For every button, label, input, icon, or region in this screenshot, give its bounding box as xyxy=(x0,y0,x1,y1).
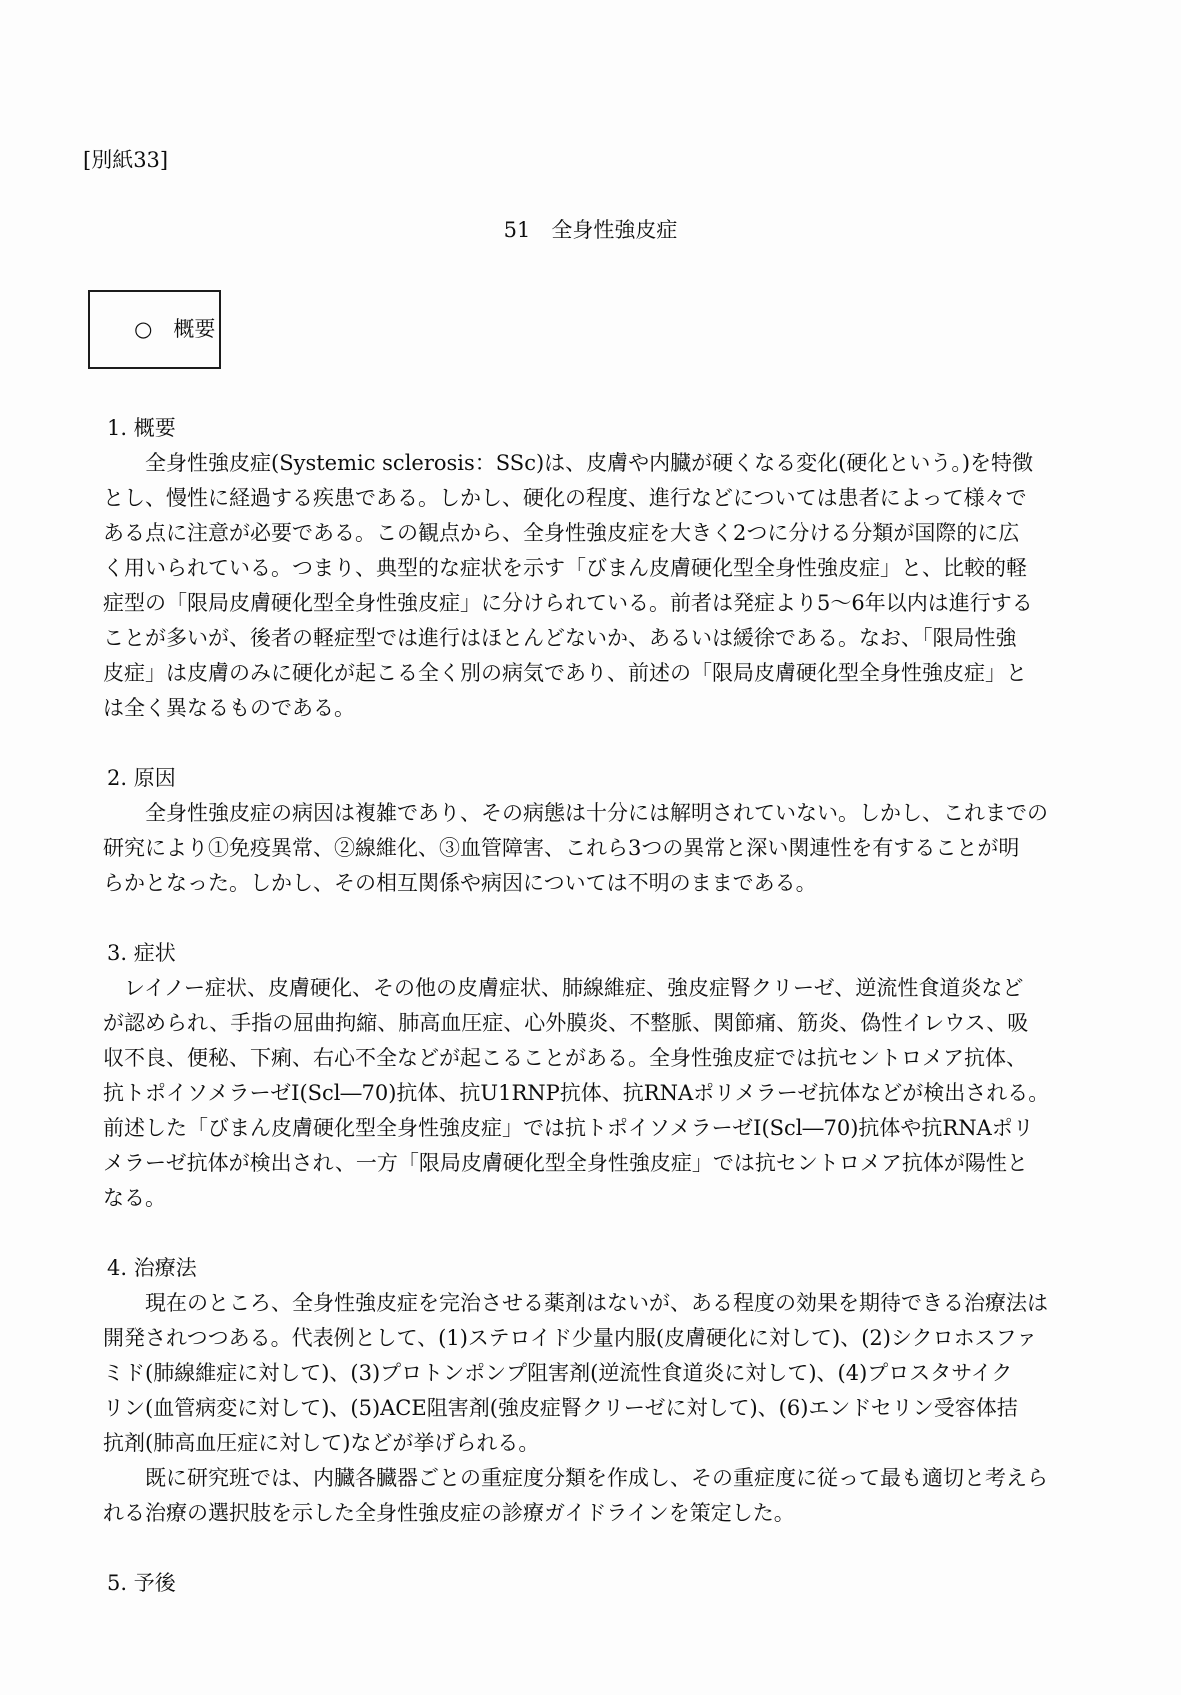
section-text-line: 症型の「限局皮膚硬化型全身性強皮症」に分けられている。前者は発症より5～6年以内… xyxy=(103,586,1123,621)
section-3: 3. 症状 レイノー症状、皮膚硬化、その他の皮膚症状、肺線維症、強皮症腎クリーゼ… xyxy=(103,936,1123,1216)
section-heading: 2. 原因 xyxy=(107,761,1123,796)
circle-marker-icon: ○ xyxy=(134,317,152,342)
section-text-line: ミド(肺線維症に対して)、(3)プロトンポンプ阻害剤(逆流性食道炎に対して)、(… xyxy=(103,1356,1123,1391)
section-text-line: レイノー症状、皮膚硬化、その他の皮膚症状、肺線維症、強皮症腎クリーゼ、逆流性食道… xyxy=(103,971,1123,1006)
section-text-line: 抗剤(肺高血圧症に対して)などが挙げられる。 xyxy=(103,1426,1123,1461)
section-text-line: 開発されつつある。代表例として、(1)ステロイド少量内服(皮膚硬化に対して)、(… xyxy=(103,1321,1123,1356)
section-1: 1. 概要 全身性強皮症(Systemic sclerosis：SSc)は、皮膚… xyxy=(103,411,1123,726)
section-text-line: く用いられている。つまり、典型的な症状を示す「びまん皮膚硬化型全身性強皮症」と、… xyxy=(103,551,1123,586)
section-text-line: とし、慢性に経過する疾患である。しかし、硬化の程度、進行などについては患者によっ… xyxy=(103,481,1123,516)
section-heading: 4. 治療法 xyxy=(107,1251,1123,1286)
section-text-line: らかとなった。しかし、その相互関係や病因については不明のままである。 xyxy=(103,866,1123,901)
section-heading: 5. 予後 xyxy=(107,1566,1123,1601)
section-5: 5. 予後 xyxy=(103,1566,1123,1601)
overview-box: ○概要 xyxy=(88,290,221,369)
sections-container: 1. 概要 全身性強皮症(Systemic sclerosis：SSc)は、皮膚… xyxy=(103,411,1123,1601)
section-text-line: ことが多いが、後者の軽症型では進行はほとんどないか、あるいは緩徐である。なお、「… xyxy=(103,621,1123,656)
attachment-label: [別紙33] xyxy=(83,143,1123,178)
section-text-line: ある点に注意が必要である。この観点から、全身性強皮症を大きく2つに分ける分類が国… xyxy=(103,516,1123,551)
section-text-line: は全く異なるものである。 xyxy=(103,691,1123,726)
page-title: 51 全身性強皮症 xyxy=(0,213,1181,248)
section-text-line: が認められ、手指の屈曲拘縮、肺高血圧症、心外膜炎、不整脈、関節痛、筋炎、偽性イレ… xyxy=(103,1006,1123,1041)
document-page: [別紙33] 51 全身性強皮症 ○概要 1. 概要 全身性強皮症(System… xyxy=(0,0,1181,1695)
section-heading: 1. 概要 xyxy=(107,411,1123,446)
section-text-line: 全身性強皮症(Systemic sclerosis：SSc)は、皮膚や内臓が硬く… xyxy=(103,446,1123,481)
section-text-line: なる。 xyxy=(103,1181,1123,1216)
section-2: 2. 原因 全身性強皮症の病因は複雑であり、その病態は十分には解明されていない。… xyxy=(103,761,1123,901)
section-text-line: 現在のところ、全身性強皮症を完治させる薬剤はないが、ある程度の効果を期待できる治… xyxy=(103,1286,1123,1321)
overview-box-label: 概要 xyxy=(152,317,215,342)
section-text-line: 皮症」は皮膚のみに硬化が起こる全く別の病気であり、前述の「限局皮膚硬化型全身性強… xyxy=(103,656,1123,691)
section-4: 4. 治療法 現在のところ、全身性強皮症を完治させる薬剤はないが、ある程度の効果… xyxy=(103,1251,1123,1531)
section-text-line: 抗トポイソメラーゼⅠ(Scl―70)抗体、抗U1RNP抗体、抗RNAポリメラーゼ… xyxy=(103,1076,1123,1111)
section-text-line: リン(血管病変に対して)、(5)ACE阻害剤(強皮症腎クリーゼに対して)、(6)… xyxy=(103,1391,1123,1426)
section-heading: 3. 症状 xyxy=(107,936,1123,971)
section-text-line: メラーゼ抗体が検出され、一方「限局皮膚硬化型全身性強皮症」では抗セントロメア抗体… xyxy=(103,1146,1123,1181)
section-text-line: 前述した「びまん皮膚硬化型全身性強皮症」では抗トポイソメラーゼⅠ(Scl―70)… xyxy=(103,1111,1123,1146)
section-text-line: れる治療の選択肢を示した全身性強皮症の診療ガイドラインを策定した。 xyxy=(103,1496,1123,1531)
section-text-line: 研究により①免疫異常、②線維化、③血管障害、これら3つの異常と深い関連性を有する… xyxy=(103,831,1123,866)
section-text-line: 既に研究班では、内臓各臓器ごとの重症度分類を作成し、その重症度に従って最も適切と… xyxy=(103,1461,1123,1496)
section-text-line: 収不良、便秘、下痢、右心不全などが起こることがある。全身性強皮症では抗セントロメ… xyxy=(103,1041,1123,1076)
section-text-line: 全身性強皮症の病因は複雑であり、その病態は十分には解明されていない。しかし、これ… xyxy=(103,796,1123,831)
